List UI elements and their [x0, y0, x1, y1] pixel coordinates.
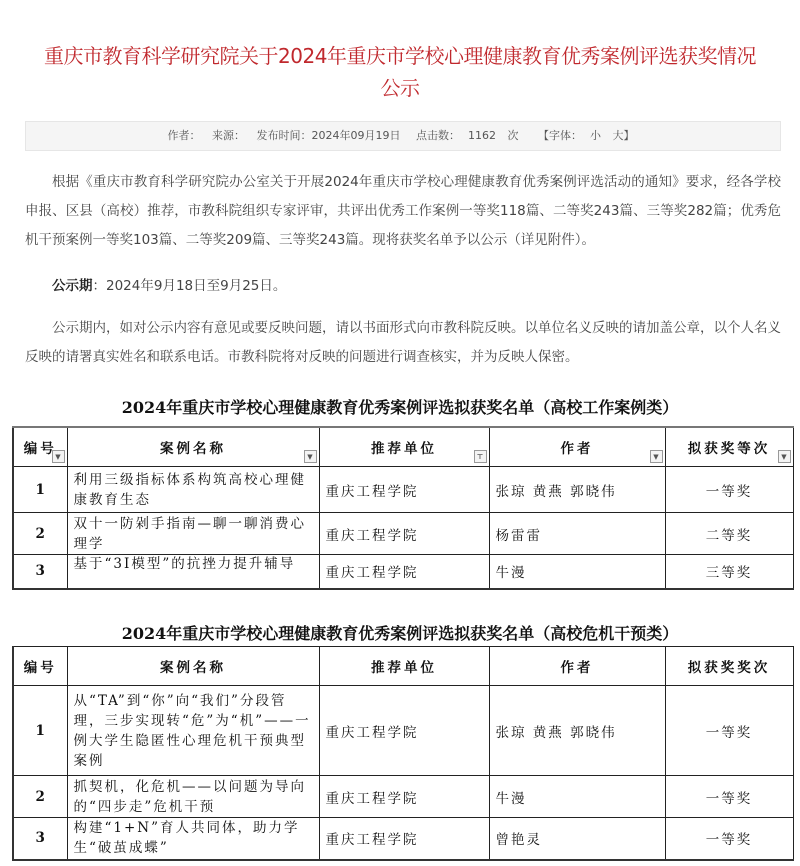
- crisis-table-title: 2024年重庆市学校心理健康教育优秀案例评选拟获奖名单（高校危机干预类）: [12, 621, 788, 644]
- article-title: 重庆市教育科学研究院关于2024年重庆市学校心理健康教育优秀案例评选获奖情况公示: [40, 40, 760, 104]
- header-name: 案例名称: [67, 647, 319, 686]
- source-label: 来源：: [212, 129, 245, 142]
- crisis-case-table: 编号 案例名称 推荐单位 作者 拟获奖奖次 1 从“TA”到“你”向“我们”分段…: [12, 646, 794, 861]
- header-unit: 推荐单位⊤: [319, 427, 489, 467]
- period-label: 公示期: [52, 278, 93, 294]
- dropdown-icon[interactable]: ▼: [304, 450, 317, 463]
- feedback-paragraph: 公示期内，如对公示内容有意见或要反映问题，请以书面形式向市教科院反映。以单位名义…: [25, 314, 781, 372]
- header-unit: 推荐单位: [319, 647, 489, 686]
- table-header-row: 编号▼ 案例名称▼ 推荐单位⊤ 作者▼ 拟获奖等次▼: [13, 427, 793, 467]
- filter-icon[interactable]: ⊤: [474, 450, 487, 463]
- font-large-link[interactable]: 大】: [613, 129, 635, 142]
- publicity-period: 公示期：2024年9月18日至9月25日。: [25, 272, 781, 301]
- font-small-link[interactable]: 小: [590, 129, 601, 142]
- header-author: 作者: [489, 647, 665, 686]
- header-author: 作者▼: [489, 427, 665, 467]
- header-no: 编号: [13, 647, 67, 686]
- intro-paragraph: 根据《重庆市教育科学研究院办公室关于开展2024年重庆市学校心理健康教育优秀案例…: [25, 168, 781, 255]
- dropdown-icon[interactable]: ▼: [650, 450, 663, 463]
- work-table-title: 2024年重庆市学校心理健康教育优秀案例评选拟获奖名单（高校工作案例类）: [12, 395, 788, 418]
- table-row: 2 抓契机，化危机——以问题为导向的“四步走”危机干预 重庆工程学院 牛漫 一等…: [13, 776, 793, 818]
- header-no: 编号▼: [13, 427, 67, 467]
- work-case-table: 编号▼ 案例名称▼ 推荐单位⊤ 作者▼ 拟获奖等次▼ 1 利用三级指标体系构筑高…: [12, 426, 794, 590]
- author-label: 作者：: [168, 129, 201, 142]
- table-header-row: 编号 案例名称 推荐单位 作者 拟获奖奖次: [13, 647, 793, 686]
- table-row: 3 基于“3I模型”的抗挫力提升辅导 重庆工程学院 牛漫 三等奖: [13, 555, 793, 589]
- publish-time: 发布时间：2024年09月19日: [257, 129, 401, 142]
- dropdown-icon[interactable]: ▼: [778, 450, 791, 463]
- table-row: 3 构建“1+N”育人共同体，助力学生“破茧成蝶” 重庆工程学院 曾艳灵 一等奖: [13, 818, 793, 860]
- table-row: 2 双十一防剁手指南—聊一聊消费心理学 重庆工程学院 杨雷雷 二等奖: [13, 513, 793, 555]
- header-level: 拟获奖等次▼: [665, 427, 793, 467]
- period-value: ：2024年9月18日至9月25日。: [93, 278, 287, 294]
- table-row: 1 利用三级指标体系构筑高校心理健康教育生态 重庆工程学院 张琼 黄燕 郭晓伟 …: [13, 467, 793, 513]
- table-row: 1 从“TA”到“你”向“我们”分段管理，三步实现转“危”为“机”——一例大学生…: [13, 686, 793, 776]
- header-level: 拟获奖奖次: [665, 647, 793, 686]
- dropdown-icon[interactable]: ▼: [52, 450, 65, 463]
- article-meta-bar: 作者： 来源： 发布时间：2024年09月19日 点击数：1162 次 【字体：…: [25, 121, 781, 151]
- font-size-control: 【字体：小 大】: [534, 129, 639, 142]
- clicks-count: 点击数：1162 次: [412, 129, 523, 142]
- header-name: 案例名称▼: [67, 427, 319, 467]
